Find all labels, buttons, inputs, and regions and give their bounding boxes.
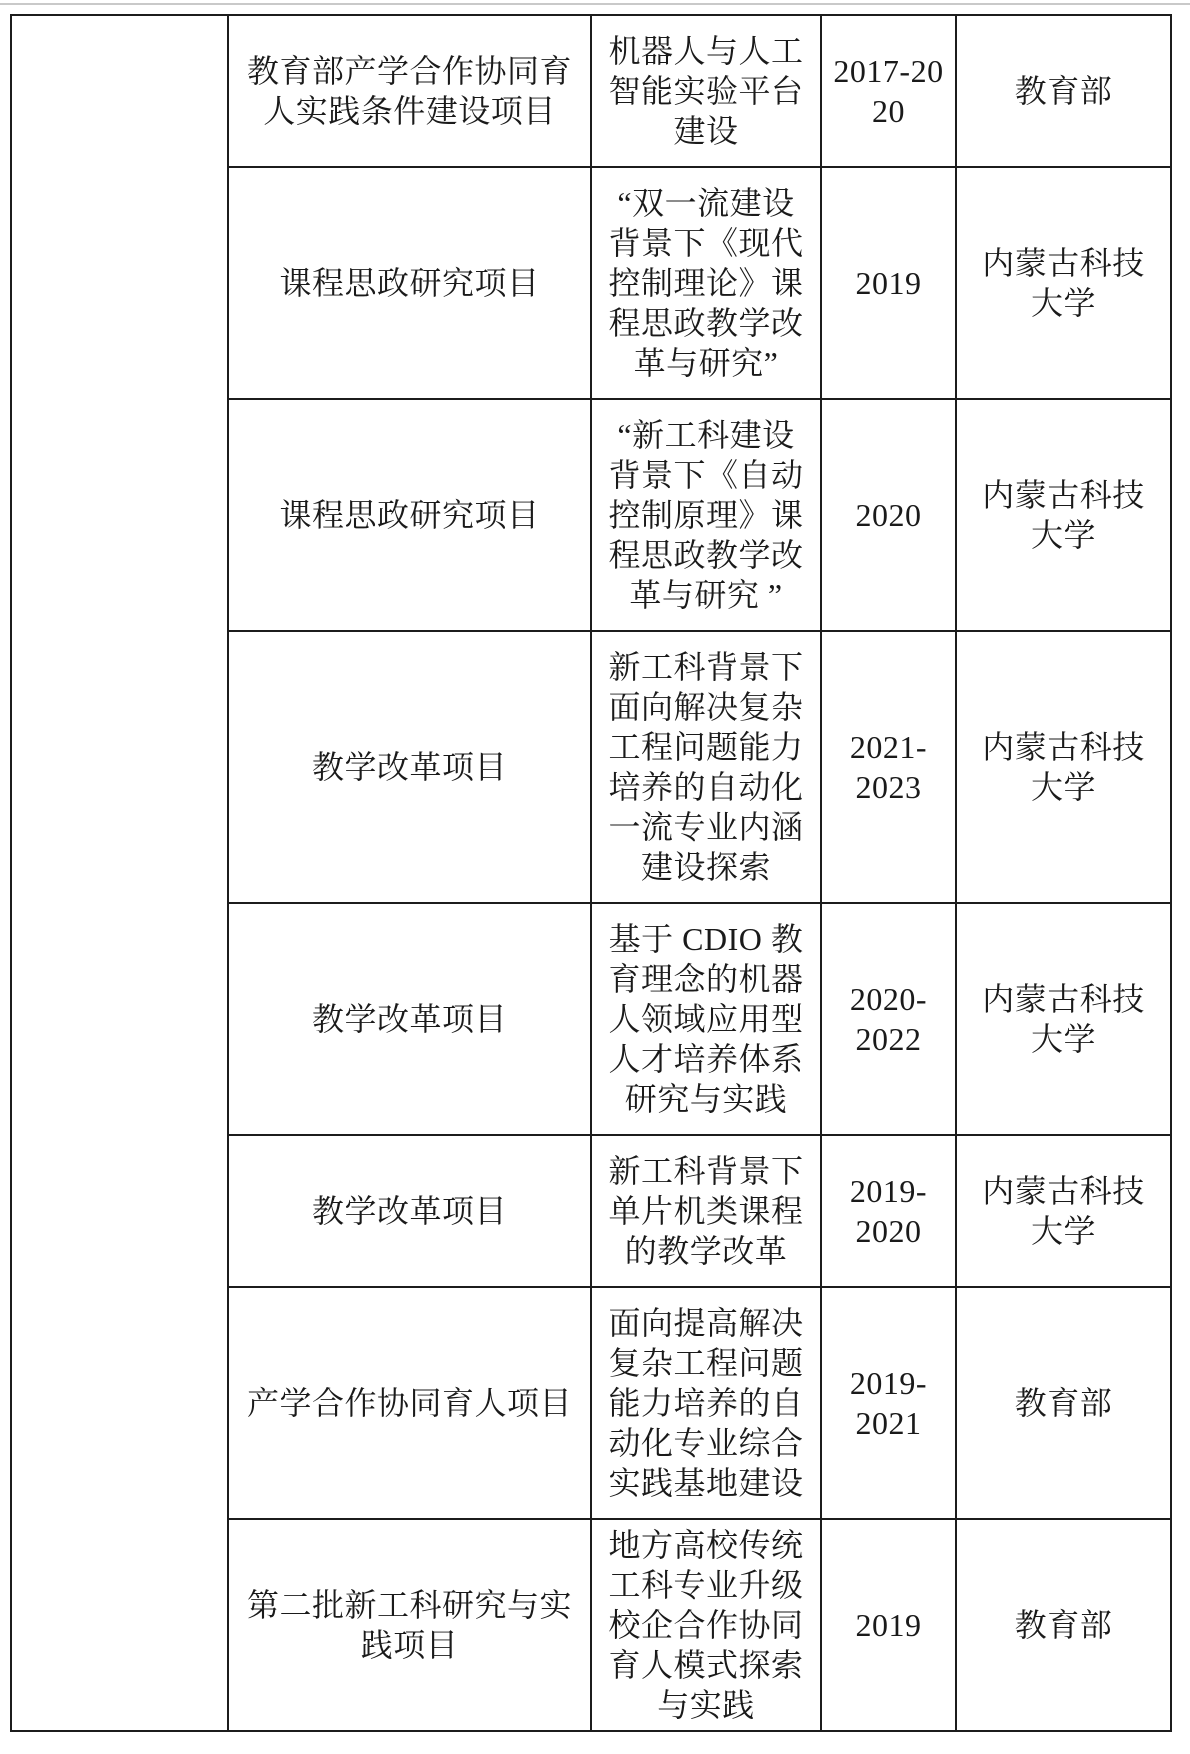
cell-period: 2020- 2022 [821, 903, 956, 1135]
cell-source: 内蒙古科技 大学 [956, 631, 1171, 903]
cell-source: 教育部 [956, 1287, 1171, 1519]
cell-project-name: 地方高校传统 工科专业升级 校企合作协同 育人模式探索 与实践 [591, 1519, 821, 1731]
cell-project-type: 产学合作协同育人项目 [228, 1287, 591, 1519]
cell-source: 教育部 [956, 1519, 1171, 1731]
cell-period: 2019 [821, 167, 956, 399]
cell-project-type: 第二批新工科研究与实 践项目 [228, 1519, 591, 1731]
cell-source: 内蒙古科技 大学 [956, 399, 1171, 631]
cell-project-name: 面向提高解决 复杂工程问题 能力培养的自 动化专业综合 实践基地建设 [591, 1287, 821, 1519]
cell-project-type: 教学改革项目 [228, 1135, 591, 1287]
cell-project-type: 教学改革项目 [228, 631, 591, 903]
cell-project-type: 课程思政研究项目 [228, 399, 591, 631]
cell-project-type: 课程思政研究项目 [228, 167, 591, 399]
cell-project-name: 机器人与人工 智能实验平台 建设 [591, 15, 821, 167]
cell-period: 2017-20 20 [821, 15, 956, 167]
cell-source: 教育部 [956, 15, 1171, 167]
cell-period: 2021- 2023 [821, 631, 956, 903]
cell-project-name: “双一流建设 背景下《现代 控制理论》课 程思政教学改 革与研究” [591, 167, 821, 399]
empty-category-cell [11, 15, 228, 1731]
cell-project-name: “新工科建设 背景下《自动 控制原理》课 程思政教学改 革与研究 ” [591, 399, 821, 631]
projects-table: 教育部产学合作协同育 人实践条件建设项目 机器人与人工 智能实验平台 建设 20… [10, 14, 1172, 1732]
cell-source: 内蒙古科技 大学 [956, 903, 1171, 1135]
cell-project-type: 教育部产学合作协同育 人实践条件建设项目 [228, 15, 591, 167]
page-top-rule [0, 3, 1190, 5]
cell-period: 2019 [821, 1519, 956, 1731]
cell-source: 内蒙古科技 大学 [956, 1135, 1171, 1287]
cell-source: 内蒙古科技 大学 [956, 167, 1171, 399]
cell-project-name: 基于 CDIO 教 育理念的机器 人领域应用型 人才培养体系 研究与实践 [591, 903, 821, 1135]
document-page: 教育部产学合作协同育 人实践条件建设项目 机器人与人工 智能实验平台 建设 20… [0, 0, 1190, 1754]
cell-period: 2019- 2021 [821, 1287, 956, 1519]
table-row: 教育部产学合作协同育 人实践条件建设项目 机器人与人工 智能实验平台 建设 20… [11, 15, 1171, 167]
cell-period: 2019- 2020 [821, 1135, 956, 1287]
cell-project-name: 新工科背景下 单片机类课程 的教学改革 [591, 1135, 821, 1287]
cell-project-name: 新工科背景下 面向解决复杂 工程问题能力 培养的自动化 一流专业内涵 建设探索 [591, 631, 821, 903]
cell-project-type: 教学改革项目 [228, 903, 591, 1135]
cell-period: 2020 [821, 399, 956, 631]
